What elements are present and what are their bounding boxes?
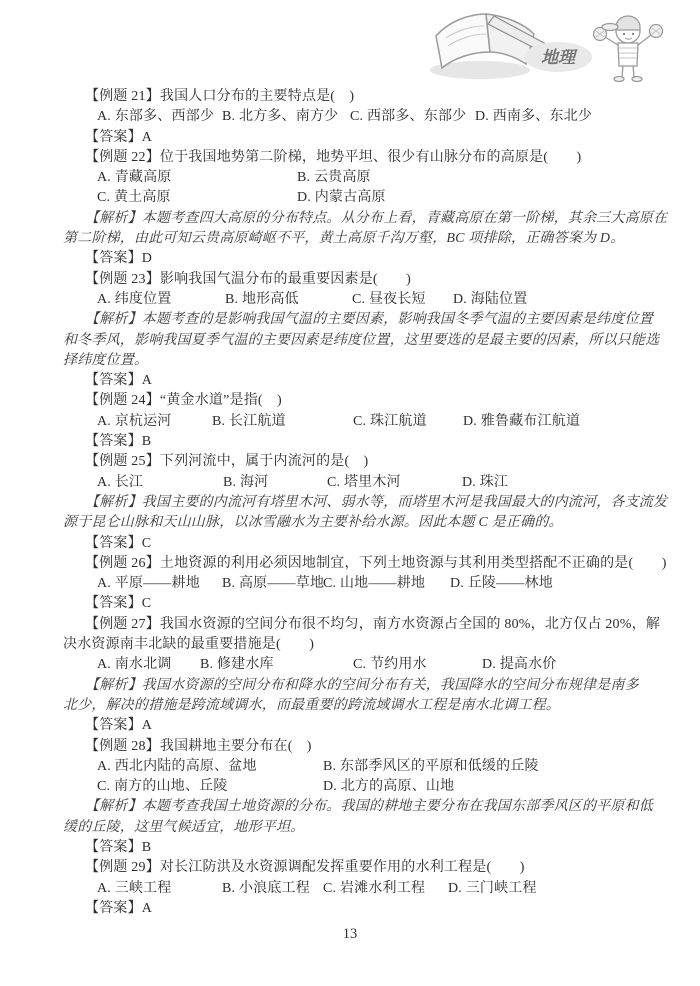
document-body: 【例题 21】我国人口分布的主要特点是( ) A. 东部多、西部少 B. 北方多… [63,87,643,919]
option-22-a: A. 青藏高原 [97,168,172,188]
question-26-title: 【例题 26】土地资源的利用必须因地制宜，下列土地资源与其利用类型搭配不正确的是… [63,554,643,574]
question-24-title: 【例题 24】“黄金水道”是指( ) [63,391,643,411]
answer-29: 【答案】A [63,899,643,919]
question-29-title: 【例题 29】对长江防洪及水资源调配发挥重要作用的水利工程是( ) [63,858,643,878]
option-22-b: B. 云贵高原 [297,168,371,188]
question-27-title-line1: 【例题 27】我国水资源的空间分布很不均匀，南方水资源占全国的 80%，北方仅占… [63,615,643,635]
page-number: 13 [0,926,700,943]
option-27-a: A. 南水北调 [97,655,172,675]
open-book-icon [436,14,534,68]
subject-label: 地理 [541,48,578,67]
answer-26: 【答案】C [63,594,643,614]
option-26-b: B. 高原——草地 [222,574,324,594]
question-28-options-row1: A. 西北内陆的高原、盆地 B. 东部季风区的平原和低缓的丘陵 [63,757,643,777]
analysis-28-line2: 缓的丘陵，这里气候适宜，地形平坦。 [63,818,643,838]
option-26-c: C. 山地——耕地 [323,574,425,594]
question-24-options: A. 京杭运河 B. 长江航道 C. 珠江航道 D. 雅鲁藏布江航道 [63,412,643,432]
option-23-d: D. 海陆位置 [453,290,528,310]
option-28-d: D. 北方的高原、山地 [323,777,454,797]
option-24-d: D. 雅鲁藏布江航道 [463,412,580,432]
option-24-c: C. 珠江航道 [353,412,427,432]
option-21-c: C. 西部多、东部少 [350,107,466,127]
analysis-23-line3: 择纬度位置。 [63,351,643,371]
answer-21: 【答案】A [63,128,643,148]
question-28-options-row2: C. 南方的山地、丘陵 D. 北方的高原、山地 [63,777,643,797]
question-26-options: A. 平原——耕地 B. 高原——草地 C. 山地——耕地 D. 丘陵——林地 [63,574,643,594]
question-27-title-line2: 决水资源南丰北缺的最重要措施是( ) [63,635,643,655]
question-27-options: A. 南水北调 B. 修建水库 C. 节约用水 D. 提高水价 [63,655,643,675]
question-23-title: 【例题 23】影响我国气温分布的最重要因素是( ) [63,270,643,290]
option-26-d: D. 丘陵——林地 [450,574,553,594]
option-23-a: A. 纬度位置 [97,290,172,310]
analysis-25-line2: 源于昆仑山脉和天山山脉，以冰雪融水为主要补给水源。因此本题 C 是正确的。 [63,513,643,533]
header-illustration: 地理 [428,0,673,90]
option-25-a: A. 长江 [97,473,143,493]
answer-22: 【答案】D [63,249,643,269]
option-21-b: B. 北方多、南方少 [222,107,338,127]
question-25-options: A. 长江 B. 海河 C. 塔里木河 D. 珠江 [63,473,643,493]
analysis-28-line1: 【解析】本题考查我国土地资源的分布。我国的耕地主要分布在我国东部季风区的平原和低 [63,797,643,817]
option-24-b: B. 长江航道 [212,412,286,432]
option-27-b: B. 修建水库 [200,655,274,675]
question-28-title: 【例题 28】我国耕地主要分布在( ) [63,737,643,757]
answer-24: 【答案】B [63,432,643,452]
option-28-c: C. 南方的山地、丘陵 [97,777,228,797]
question-25-title: 【例题 25】下列河流中，属于内流河的是( ) [63,452,643,472]
option-28-a: A. 西北内陆的高原、盆地 [97,757,257,777]
analysis-23-line1: 【解析】本题考查的是影响我国气温的主要因素，影响我国冬季气温的主要因素是纬度位置 [63,310,643,330]
option-25-b: B. 海河 [223,473,268,493]
answer-28: 【答案】B [63,838,643,858]
option-29-c: C. 岩滩水利工程 [323,879,425,899]
option-22-c: C. 黄土高原 [97,188,171,208]
option-24-a: A. 京杭运河 [97,412,172,432]
question-21-options: A. 东部多、西部少 B. 北方多、南方少 C. 西部多、东部少 D. 西南多、… [63,107,643,127]
analysis-27-line1: 【解析】我国水资源的空间分布和降水的空间分布有关，我国降水的空间分布规律是南多 [63,676,643,696]
option-23-c: C. 昼夜长短 [352,290,426,310]
option-27-c: C. 节约用水 [353,655,427,675]
question-29-options: A. 三峡工程 B. 小浪底工程 C. 岩滩水利工程 D. 三门峡工程 [63,879,643,899]
option-25-d: D. 珠江 [462,473,508,493]
option-23-b: B. 地形高低 [225,290,299,310]
option-21-a: A. 东部多、西部少 [97,107,214,127]
analysis-23-line2: 和冬季风，影响我国夏季气温的主要因素是纬度位置，这里要选的是最主要的因素，所以只… [63,331,643,351]
option-25-c: C. 塔里木河 [327,473,401,493]
analysis-22-line1: 【解析】本题考查四大高原的分布特点。从分布上看，青藏高原在第一阶梯，其余三大高原… [63,209,643,229]
analysis-27-line2: 北少，解决的措施是跨流域调水，而最重要的跨流域调水工程是南水北调工程。 [63,696,643,716]
option-29-b: B. 小浪底工程 [222,879,310,899]
option-26-a: A. 平原——耕地 [97,574,200,594]
option-27-d: D. 提高水价 [482,655,557,675]
option-28-b: B. 东部季风区的平原和低缓的丘陵 [323,757,539,777]
answer-23: 【答案】A [63,371,643,391]
option-29-a: A. 三峡工程 [97,879,172,899]
answer-25: 【答案】C [63,534,643,554]
question-21-title: 【例题 21】我国人口分布的主要特点是( ) [63,87,643,107]
analysis-25-line1: 【解析】我国主要的内流河有塔里木河、弱水等，而塔里木河是我国最大的内流河，各支流… [63,493,643,513]
question-22-options-row2: C. 黄土高原 D. 内蒙古高原 [63,188,643,208]
question-23-options: A. 纬度位置 B. 地形高低 C. 昼夜长短 D. 海陆位置 [63,290,643,310]
question-22-title: 【例题 22】位于我国地势第二阶梯，地势平坦、很少有山脉分布的高原是( ) [63,148,643,168]
option-21-d: D. 西南多、东北少 [475,107,592,127]
mascot-boy-icon [594,16,663,82]
option-22-d: D. 内蒙古高原 [297,188,386,208]
analysis-22-line2: 第二阶梯，由此可知云贵高原崎岖不平，黄土高原千沟万壑，BC 项排除，正确答案为 … [63,229,643,249]
answer-27: 【答案】A [63,716,643,736]
question-22-options-row1: A. 青藏高原 B. 云贵高原 [63,168,643,188]
option-29-d: D. 三门峡工程 [448,879,537,899]
